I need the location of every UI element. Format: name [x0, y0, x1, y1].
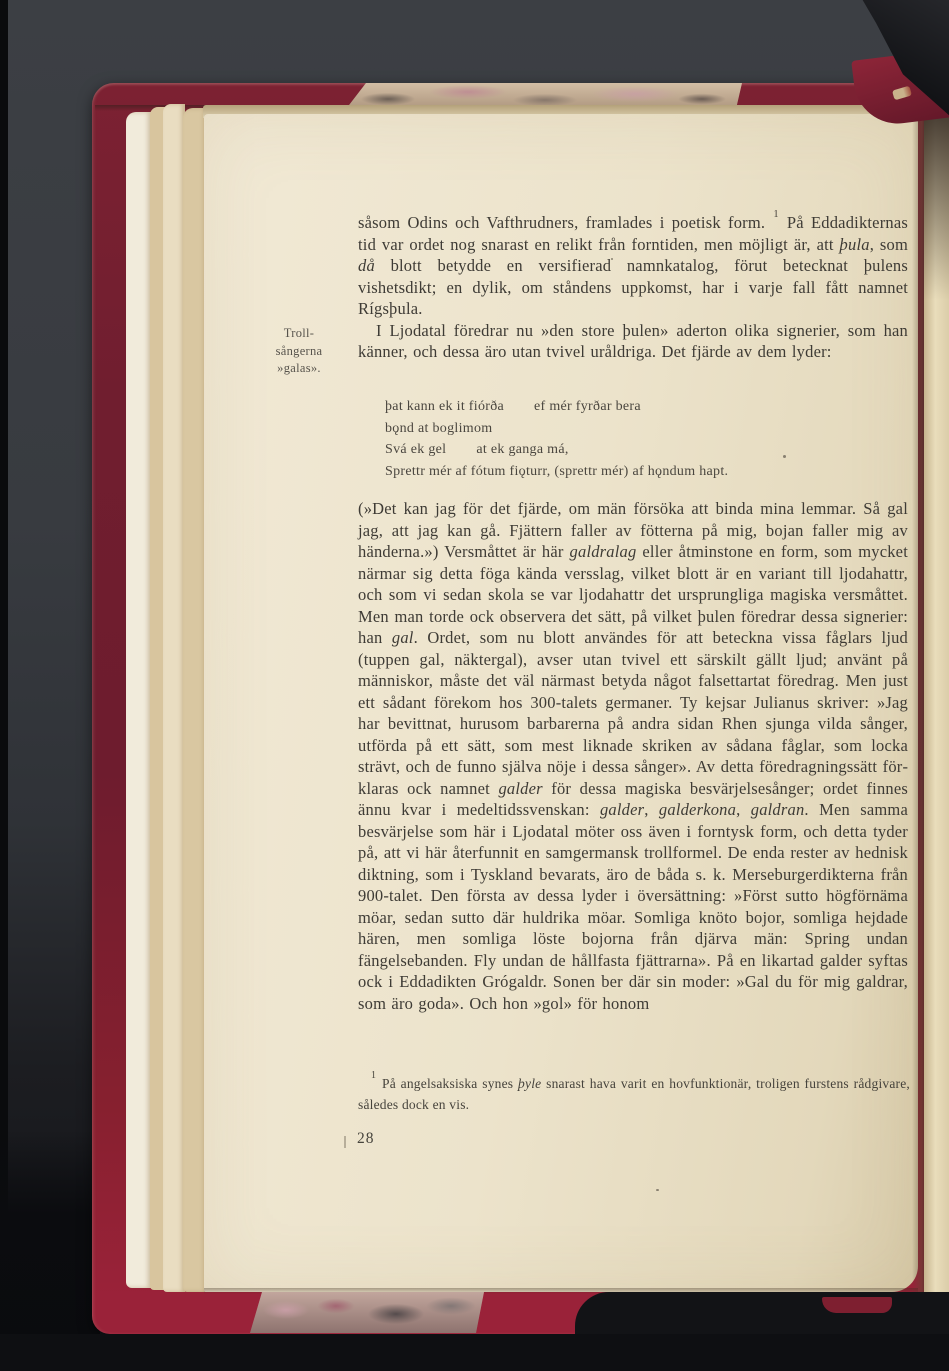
- page-edge-3: [163, 104, 185, 1292]
- paragraph: I Ljodatal föredrar nu »den store þulen»…: [358, 320, 908, 363]
- verse-line: Sprettr mér af fótum fiǫturr, (sprettr m…: [385, 461, 925, 483]
- marbled-board-edge-bottom: [246, 1292, 484, 1333]
- backdrop-bottom: [0, 1334, 949, 1371]
- body-text-lower: (»Det kan jag för det fjärde, om män för…: [358, 498, 908, 1014]
- verse-quotation: þat kann ek it fiórðaef mér fyrðar berab…: [385, 396, 925, 482]
- dust-speck: [656, 1189, 659, 1191]
- verse-line: þat kann ek it fiórðaef mér fyrðar bera: [385, 396, 925, 418]
- gutter-curl-shadow: [924, 110, 949, 300]
- margin-note-line: »galas».: [240, 360, 358, 378]
- leather-sliver-bottom-right: [822, 1297, 892, 1313]
- margin-note-line: sångerna: [240, 343, 358, 361]
- dust-speck: [611, 258, 613, 260]
- stray-mark: [344, 1136, 346, 1148]
- paragraph: såsom Odins och Vafthrudners, framlades …: [358, 212, 908, 320]
- verse-line: bǫnd at boglimom: [385, 418, 925, 440]
- paragraph: (»Det kan jag för det fjärde, om män för…: [358, 498, 908, 1014]
- margin-note-line: Troll-: [240, 325, 358, 343]
- body-text-upper: såsom Odins och Vafthrudners, framlades …: [358, 212, 908, 363]
- verse-line: Svá ek gelat ek ganga má,: [385, 439, 925, 461]
- footnote: 1 På angelsaksiska synes þyle snarast ha…: [358, 1074, 910, 1115]
- page-edge-1: [126, 112, 152, 1288]
- margin-note: Troll- sångerna »galas».: [240, 325, 358, 378]
- page-number: 28: [357, 1130, 375, 1148]
- book-scan: Troll- sångerna »galas». såsom Odins och…: [0, 0, 949, 1371]
- footnote-text: 1 På angelsaksiska synes þyle snarast ha…: [358, 1076, 910, 1112]
- dust-speck: [783, 455, 786, 458]
